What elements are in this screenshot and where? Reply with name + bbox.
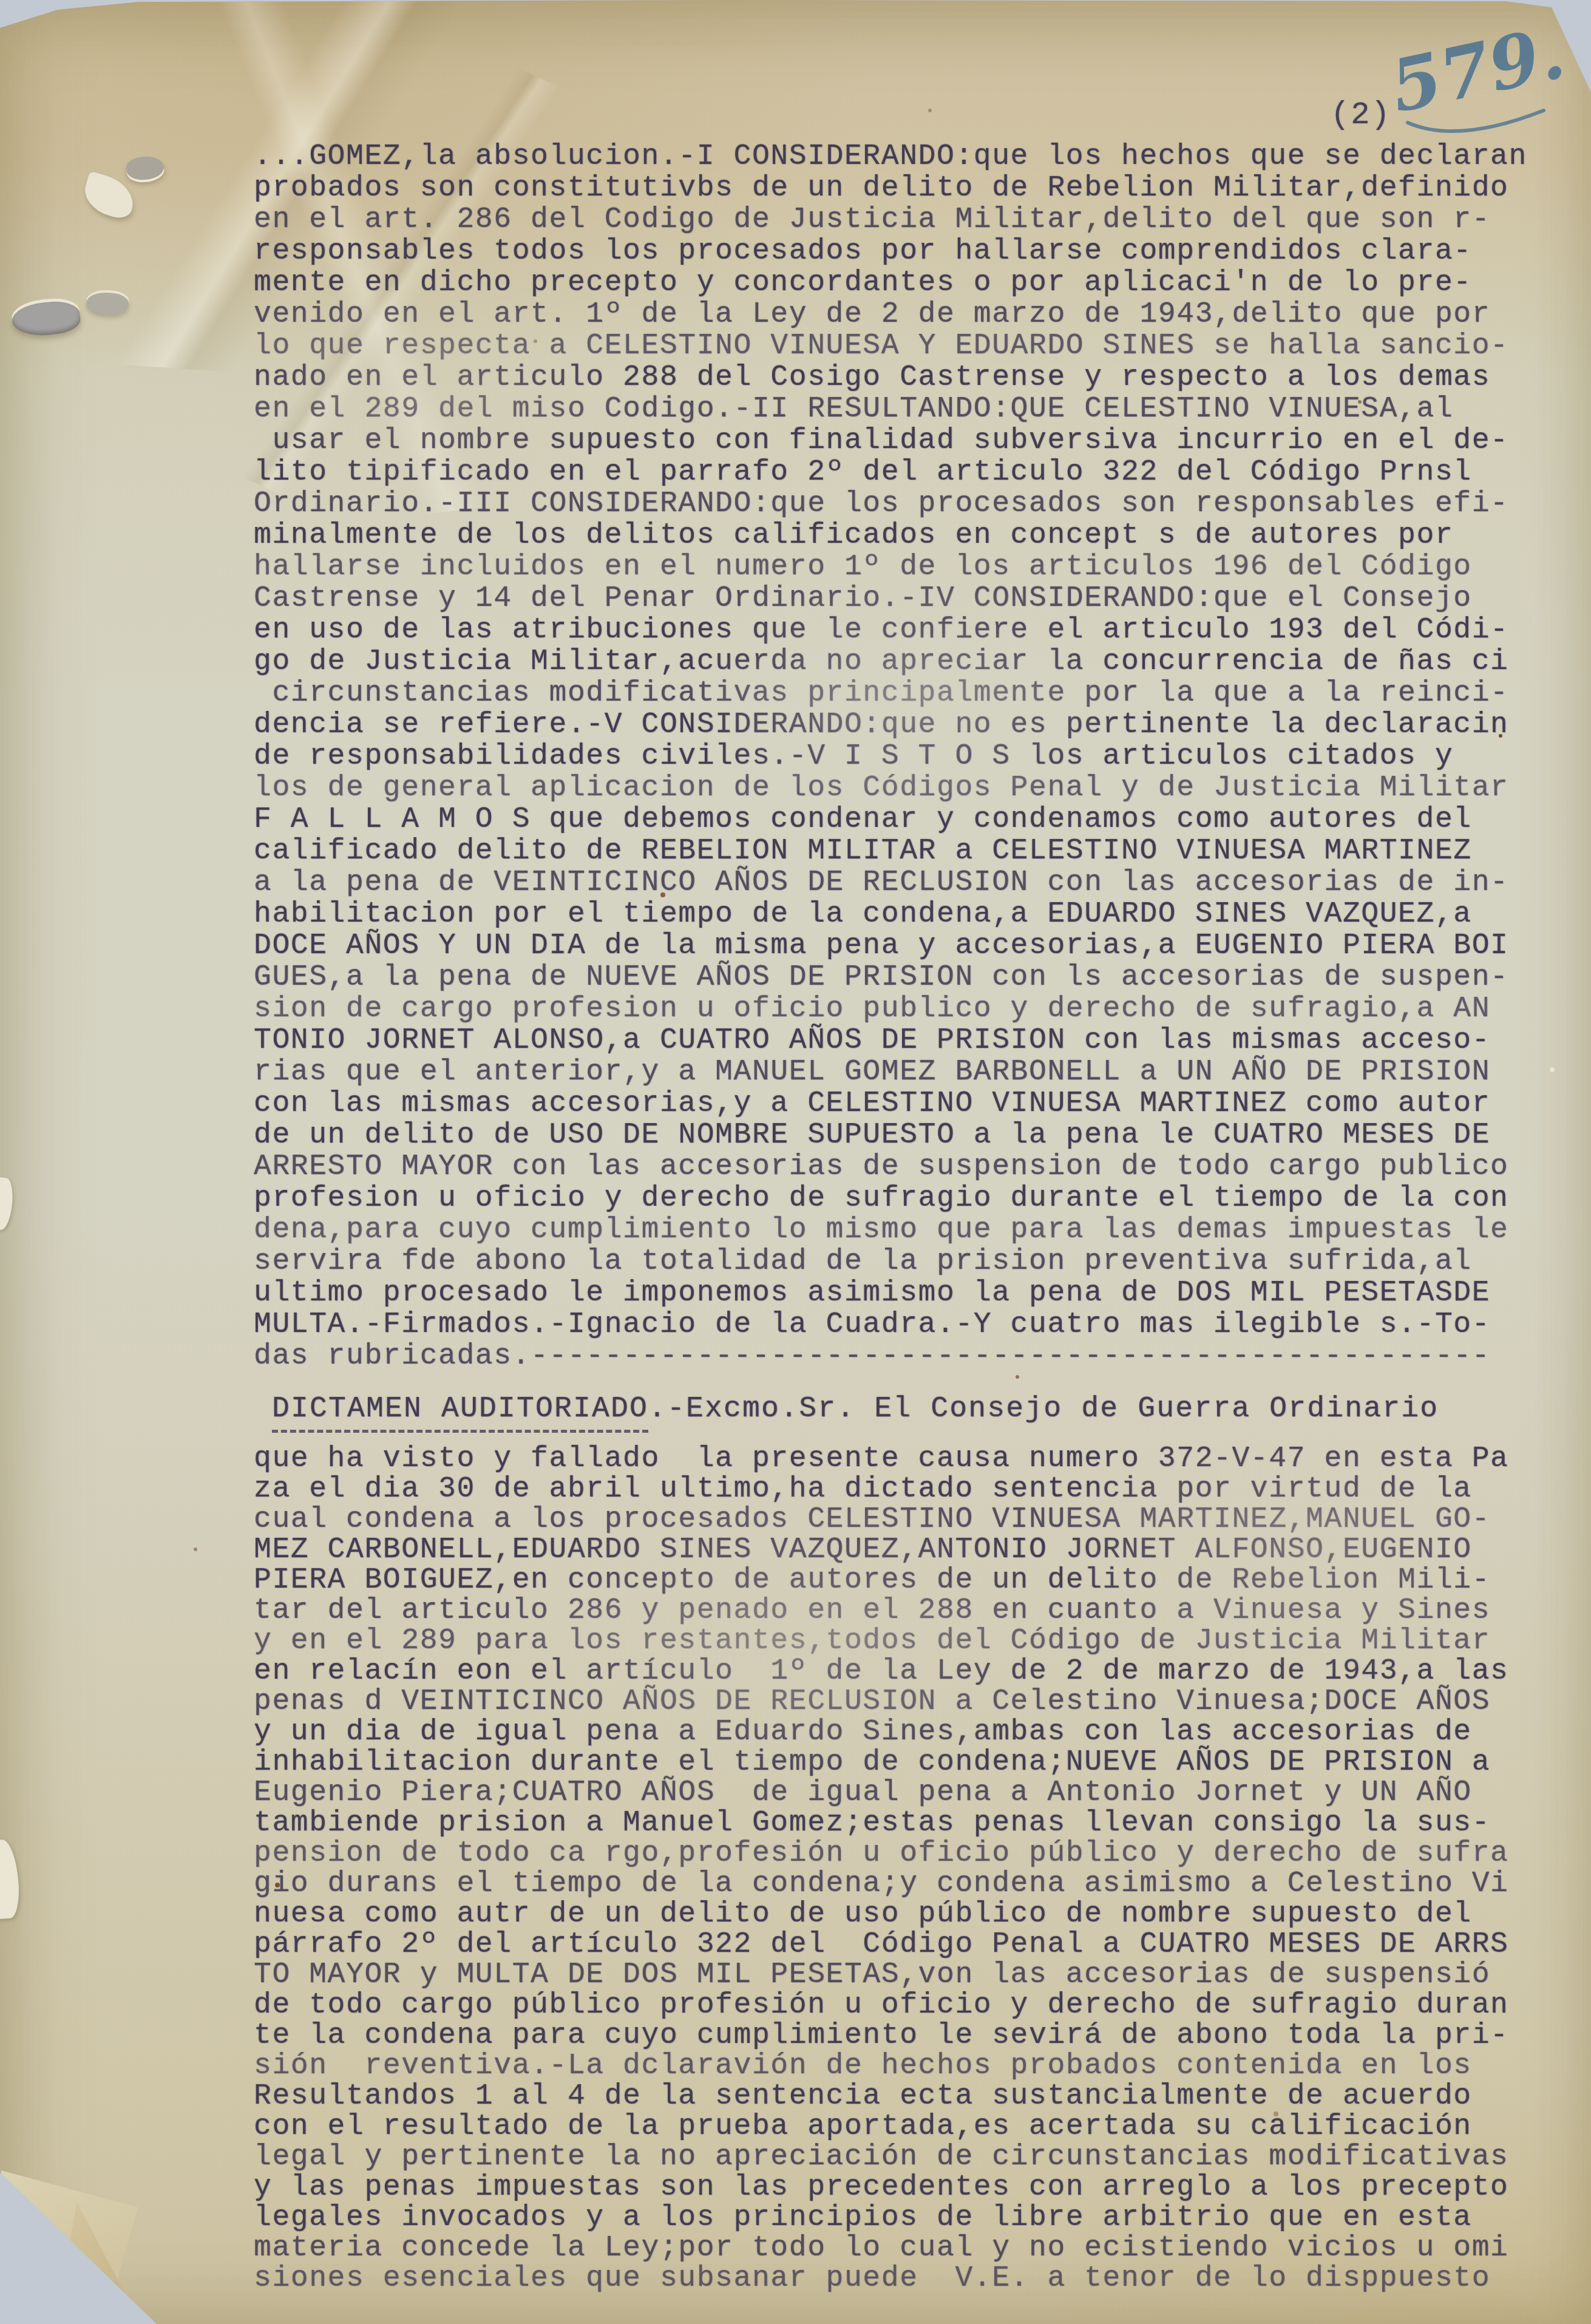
text-line: de todo cargo público profesión u oficio… [254, 1990, 1527, 2020]
text-line: y un dia de igual pena a Eduardo Sines,a… [254, 1717, 1527, 1747]
text-line: calificado delito de REBELION MILITAR a … [254, 835, 1527, 867]
text-line: legal y pertinente la no apreciación de … [254, 2142, 1527, 2172]
text-line: venido en el art. 1º de la Ley de 2 de m… [254, 299, 1527, 330]
text-line: probados son constitutivbs de un delito … [254, 172, 1527, 204]
text-line: con el resultado de la prueba aportada,e… [254, 2112, 1527, 2142]
text-line: te la condena para cuyo cumplimiento le … [254, 2020, 1527, 2051]
text-line: habilitacion por el tiempo de la condena… [254, 899, 1527, 930]
text-line: ARRESTO MAYOR con las accesorias de susp… [254, 1151, 1527, 1183]
text-line: tambiende prision a Manuel Gomez;estas p… [254, 1808, 1527, 1838]
text-line: párrafo 2º del artículo 322 del Código P… [254, 1929, 1527, 1960]
text-line: de un delito de USO DE NOMBRE SUPUESTO a… [254, 1120, 1527, 1151]
text-line: legales invocados y a los principios de … [254, 2203, 1527, 2233]
text-line: lito tipificado en el parrafo 2º del art… [254, 457, 1527, 488]
text-line: rias que el anterior,y a MANUEL GOMEZ BA… [254, 1056, 1527, 1088]
text-line: ultimo procesado le imponemos asimismo l… [254, 1277, 1527, 1309]
text-line: Ordinario.-III CONSIDERANDO:que los proc… [254, 488, 1527, 520]
typewritten-text: ...GOMEZ,la absolucion.-I CONSIDERANDO:q… [254, 141, 1527, 2294]
text-line: mente en dicho precepto y concordantes o… [254, 267, 1527, 299]
scanned-document-page: (2) 579. ...GOMEZ,la absolucion.-I CONSI… [0, 0, 1591, 2324]
text-line: usar el nombre supuesto con finalidad su… [254, 425, 1527, 457]
text-line: circunstancias modificativas principalme… [254, 678, 1527, 709]
text-line: dencia se refiere.-V CONSIDERANDO:que no… [254, 709, 1527, 741]
text-line: siones esenciales que subsanar puede V.E… [254, 2263, 1527, 2294]
text-line: ...GOMEZ,la absolucion.-I CONSIDERANDO:q… [254, 141, 1527, 172]
text-line: en el 289 del miso Codigo.-II RESULTANDO… [254, 393, 1527, 425]
sentencia-paragraph: ...GOMEZ,la absolucion.-I CONSIDERANDO:q… [254, 141, 1527, 1372]
text-line: za el dia 30 de abril ultimo,ha dictado … [254, 1474, 1527, 1504]
text-line: GUES,a la pena de NUEVE AÑOS DE PRISION … [254, 962, 1527, 993]
text-line: Eugenio Piera;CUATRO AÑOS de igual pena … [254, 1778, 1527, 1808]
dictamen-heading-title: DICTAMEN AUDITORIADO [272, 1393, 648, 1433]
text-line: en el art. 286 del Codigo de Justicia Mi… [254, 204, 1527, 236]
text-line: nado en el articulo 288 del Cosigo Castr… [254, 362, 1527, 393]
text-line: lo que respecta a CELESTINO VINUESA Y ED… [254, 330, 1527, 362]
text-line: go de Justicia Militar,acuerda no apreci… [254, 646, 1527, 678]
text-line: y en el 289 para los restantes,todos del… [254, 1626, 1527, 1656]
text-line: MULTA.-Firmados.-Ignacio de la Cuadra.-Y… [254, 1309, 1527, 1340]
dictamen-paragraph: que ha visto y fallado la presente causa… [254, 1444, 1527, 2294]
text-line: nuesa como autr de un delito de uso públ… [254, 1899, 1527, 1929]
text-line: tar del articulo 286 y penado en el 288 … [254, 1595, 1527, 1626]
text-line: inhabilitacion durante el tiempo de cond… [254, 1747, 1527, 1778]
dictamen-heading: DICTAMEN AUDITORIADO.-Excmo.Sr. El Conse… [272, 1393, 1527, 1425]
dictamen-heading-rest: .-Excmo.Sr. El Consejo de Guerra Ordinar… [648, 1393, 1439, 1425]
text-line: servira fde abono la totalidad de la pri… [254, 1246, 1527, 1277]
text-line: minalmente de los delitos calificados en… [254, 520, 1527, 551]
text-line: pension de todo ca rgo,profesión u ofici… [254, 1838, 1527, 1869]
paper-specks [0, 0, 2, 2]
text-line: materia concede la Ley;por todo lo cual … [254, 2233, 1527, 2263]
text-line: cual condena a los procesados CELESTINO … [254, 1504, 1527, 1535]
text-line: de responsabilidades civiles.-V I S T O … [254, 741, 1527, 772]
text-line: y las penas impuestas son las precedente… [254, 2172, 1527, 2203]
text-line: en relacín eon el artículo 1º de la Ley … [254, 1656, 1527, 1687]
text-line: TO MAYOR y MULTA DE DOS MIL PESETAS,von … [254, 1960, 1527, 1990]
text-line: penas d VEINTICINCO AÑOS DE RECLUSION a … [254, 1687, 1527, 1717]
text-line: MEZ CARBONELL,EDUARDO SINES VAZQUEZ,ANTO… [254, 1535, 1527, 1565]
text-line: Castrense y 14 del Penar Ordinario.-IV C… [254, 583, 1527, 614]
text-line: los de general aplicacion de los Códigos… [254, 772, 1527, 804]
text-line: hallarse incluidos en el numero 1º de lo… [254, 551, 1527, 583]
text-line: DOCE AÑOS Y UN DIA de la misma pena y ac… [254, 930, 1527, 962]
text-line: que ha visto y fallado la presente causa… [254, 1444, 1527, 1474]
paper-sheet: (2) 579. ...GOMEZ,la absolucion.-I CONSI… [0, 0, 1591, 2324]
text-line: con las mismas accesorias,y a CELESTINO … [254, 1088, 1527, 1120]
text-line: dena,para cuyo cumplimiento lo mismo que… [254, 1214, 1527, 1246]
text-line: en uso de las atribuciones que le confie… [254, 614, 1527, 646]
text-line: Resultandos 1 al 4 de la sentencia ecta … [254, 2081, 1527, 2112]
text-line: das rubricadas.-------------------------… [254, 1340, 1527, 1372]
text-line: PIERA BOIGUEZ,en concepto de autores de … [254, 1565, 1527, 1595]
text-line: gio durans el tiempo de la condena;y con… [254, 1869, 1527, 1899]
text-line: F A L L A M O S que debemos condenar y c… [254, 804, 1527, 835]
text-line: responsables todos los procesados por ha… [254, 236, 1527, 267]
text-line: sion de cargo profesion u oficio publico… [254, 993, 1527, 1025]
text-line: sión reventiva.-La dclaravión de hechos … [254, 2051, 1527, 2081]
text-line: profesion u oficio y derecho de sufragio… [254, 1183, 1527, 1214]
handwritten-folio-number: 579. [1387, 21, 1591, 154]
text-line: TONIO JORNET ALONSO,a CUATRO AÑOS DE PRI… [254, 1025, 1527, 1056]
text-line: a la pena de VEINTICINCO AÑOS DE RECLUSI… [254, 867, 1527, 899]
page-number: (2) [1331, 97, 1391, 133]
